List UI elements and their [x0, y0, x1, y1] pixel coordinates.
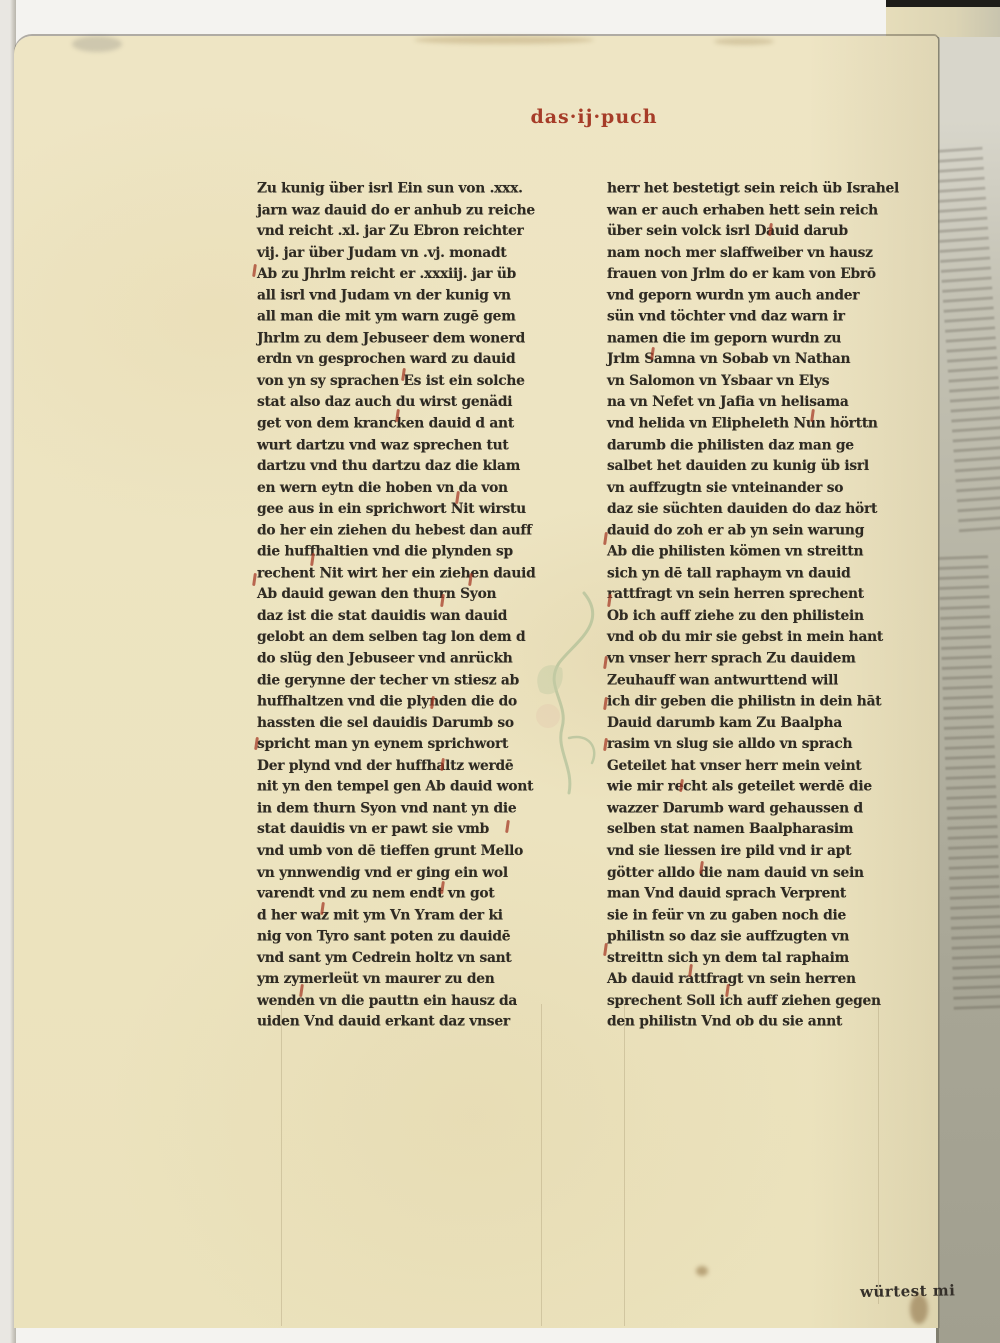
manuscript-text-line: wie mir recht als geteilet werdē die	[607, 776, 903, 797]
ruling-line	[281, 1004, 282, 1326]
manuscript-text-line: all man die mit ym warn zugē gem	[257, 306, 547, 327]
manuscript-text-line: d her waz mit ym Vn Yram der ki	[257, 905, 547, 926]
manuscript-text-line: Ab die philisten kömen vn streittn	[607, 541, 903, 562]
manuscript-text-line: vnd reicht .xl. jar Zu Ebron reichter	[257, 221, 547, 242]
manuscript-text-line: vn vnser herr sprach Zu dauidem	[607, 648, 903, 669]
manuscript-text-line: vnd geporn wurdn ym auch ander	[607, 285, 903, 306]
manuscript-text-line: darumb die philisten daz man ge	[607, 434, 903, 455]
manuscript-text-line: vn Salomon vn Ysbaar vn Elys	[607, 370, 903, 391]
manuscript-text-line: daz ist die stat dauidis wan dauid	[257, 605, 547, 626]
manuscript-text-line: do slüg den Jebuseer vnd anrückh	[257, 648, 547, 669]
manuscript-text-line: do her ein ziehen du hebest dan auff	[257, 520, 547, 541]
manuscript-text-line: vnd helida vn Elipheleth Nun hörttn	[607, 413, 903, 434]
manuscript-text-line: vnd sie liessen ire pild vnd ir apt	[607, 840, 903, 861]
manuscript-text-line: gelobt an dem selben tag lon dem d	[257, 627, 547, 648]
manuscript-text-line: rasim vn slug sie alldo vn sprach	[607, 734, 903, 755]
manuscript-text-line: streittn sich yn dem tal raphaim	[607, 947, 903, 968]
manuscript-text-line: na vn Nefet vn Jafia vn helisama	[607, 392, 903, 413]
ruling-line	[624, 1004, 625, 1326]
manuscript-text-line: daz sie süchten dauiden do daz hört	[607, 499, 903, 520]
manuscript-text-line: sün vnd töchter vnd daz warn ir	[607, 306, 903, 327]
manuscript-text-line: namen die im geporn wurdn zu	[607, 328, 903, 349]
manuscript-text-line: wazzer Darumb ward gehaussen d	[607, 798, 903, 819]
adjacent-page-corner	[886, 7, 1000, 37]
ruling-line	[878, 1004, 879, 1304]
parchment-stain	[414, 36, 594, 44]
manuscript-text-line: frauen von Jrlm do er kam von Ebrō	[607, 263, 903, 284]
adjacent-page-edge	[936, 0, 1000, 1343]
ink-stain	[910, 1294, 928, 1324]
manuscript-text-line: ich dir geben die philistn in dein hāt	[607, 691, 903, 712]
manuscript-text-line: Ab dauid gewan den thurn Syon	[257, 584, 547, 605]
manuscript-text-line: Zeuhauff wan antwurttend will	[607, 669, 903, 690]
manuscript-text-line: Ob ich auff ziehe zu den philistein	[607, 605, 903, 626]
manuscript-text-line: vnd sant ym Cedrein holtz vn sant	[257, 947, 547, 968]
manuscript-text-line: nam noch mer slaffweiber vn hausz	[607, 242, 903, 263]
manuscript-text-line: vij. jar über Judam vn .vj. monadt	[257, 242, 547, 263]
manuscript-text-line: nit yn den tempel gen Ab dauid wont	[257, 776, 547, 797]
manuscript-text-line: Dauid darumb kam Zu Baalpha	[607, 712, 903, 733]
manuscript-text-line: Ab dauid rattfragt vn sein herren	[607, 969, 903, 990]
manuscript-text-line: jarn waz dauid do er anhub zu reiche	[257, 199, 547, 220]
manuscript-text-line: philistn so daz sie auffzugten vn	[607, 926, 903, 947]
manuscript-text-line: varendt vnd zu nem endt vn got	[257, 883, 547, 904]
manuscript-text-line: Geteilet hat vnser herr mein veint	[607, 755, 903, 776]
manuscript-text-line: rattfragt vn sein herren sprechent	[607, 584, 903, 605]
page-heading-rubric: das·ij·puch	[444, 106, 744, 128]
manuscript-text-line: spricht man yn eynem sprichwort	[257, 734, 547, 755]
manuscript-text-line: stat also daz auch du wirst genädi	[257, 392, 547, 413]
manuscript-text-line: die huffhaltien vnd die plynden sp	[257, 541, 547, 562]
manuscript-text-line: in dem thurn Syon vnd nant yn die	[257, 798, 547, 819]
manuscript-text-line: get von dem krancken dauid d ant	[257, 413, 547, 434]
manuscript-text-line: dauid do zoh er ab yn sein warung	[607, 520, 903, 541]
right-text-column: herr het bestetigt sein reich üb Israhel…	[607, 178, 903, 1033]
manuscript-text-line: huffhaltzen vnd die plynden die do	[257, 691, 547, 712]
manuscript-text-line: über sein volck isrl Dauid darub	[607, 221, 903, 242]
manuscript-text-line: die gerynne der techer vn stiesz ab	[257, 669, 547, 690]
manuscript-text-line: herr het bestetigt sein reich üb Israhel	[607, 178, 903, 199]
manuscript-text-line: den philistn Vnd ob du sie annt	[607, 1011, 903, 1032]
parchment-stain	[72, 36, 122, 52]
manuscript-text-line: dartzu vnd thu dartzu daz die klam	[257, 456, 547, 477]
ruling-line	[541, 1004, 542, 1326]
manuscript-text-line: sich yn dē tall raphaym vn dauid	[607, 563, 903, 584]
scan-edge-shadow	[886, 0, 1000, 7]
manuscript-text-line: uiden Vnd dauid erkant daz vnser	[257, 1011, 547, 1032]
manuscript-text-line: vnd ob du mir sie gebst in mein hant	[607, 627, 903, 648]
manuscript-text-line: Zu kunig über isrl Ein sun von .xxx.	[257, 178, 547, 199]
parchment-stain	[714, 38, 774, 45]
manuscript-text-line: Der plynd vnd der huffhaltz werdē	[257, 755, 547, 776]
manuscript-text-line: wurt dartzu vnd waz sprechen tut	[257, 434, 547, 455]
manuscript-text-line: erdn vn gesprochen ward zu dauid	[257, 349, 547, 370]
left-text-column: Zu kunig über isrl Ein sun von .xxx.jarn…	[257, 178, 547, 1033]
manuscript-text-line: Jhrlm zu dem Jebuseer dem wonerd	[257, 328, 547, 349]
manuscript-text-line: rechent Nit wirt her ein ziehen dauid	[257, 563, 547, 584]
manuscript-text-line: gee aus in ein sprichwort Nit wirstu	[257, 499, 547, 520]
manuscript-text-line: nig von Tyro sant poten zu dauidē	[257, 926, 547, 947]
manuscript-scan: das·ij·puch Zu kunig über isrl Ein sun v…	[0, 0, 1000, 1343]
adjacent-page-text-ghost	[938, 555, 1000, 1014]
manuscript-text-line: vn auffzugtn sie vnteinander so	[607, 477, 903, 498]
manuscript-text-line: man Vnd dauid sprach Verprent	[607, 883, 903, 904]
ink-stain	[696, 1266, 708, 1276]
adjacent-page-text-ghost	[932, 147, 1000, 540]
manuscript-text-line: götter alldo die nam dauid vn sein	[607, 862, 903, 883]
manuscript-text-line: all isrl vnd Judam vn der kunig vn	[257, 285, 547, 306]
manuscript-text-line: vnd umb von dē tieffen grunt Mello	[257, 840, 547, 861]
manuscript-text-line: sie in feür vn zu gaben noch die	[607, 905, 903, 926]
manuscript-text-line: salbet het dauiden zu kunig üb isrl	[607, 456, 903, 477]
manuscript-text-line: selben stat namen Baalpharasim	[607, 819, 903, 840]
manuscript-text-line: hassten die sel dauidis Darumb so	[257, 712, 547, 733]
manuscript-text-line: sprechent Soll ich auff ziehen gegen	[607, 990, 903, 1011]
manuscript-text-line: Ab zu Jhrlm reicht er .xxxiij. jar üb	[257, 263, 547, 284]
manuscript-text-line: en wern eytn die hoben vn da von	[257, 477, 547, 498]
manuscript-text-line: stat dauidis vn er pawt sie vmb	[257, 819, 547, 840]
manuscript-page: das·ij·puch Zu kunig über isrl Ein sun v…	[14, 36, 938, 1328]
manuscript-text-line: wan er auch erhaben hett sein reich	[607, 199, 903, 220]
manuscript-text-line: vn ynnwendig vnd er ging ein wol	[257, 862, 547, 883]
